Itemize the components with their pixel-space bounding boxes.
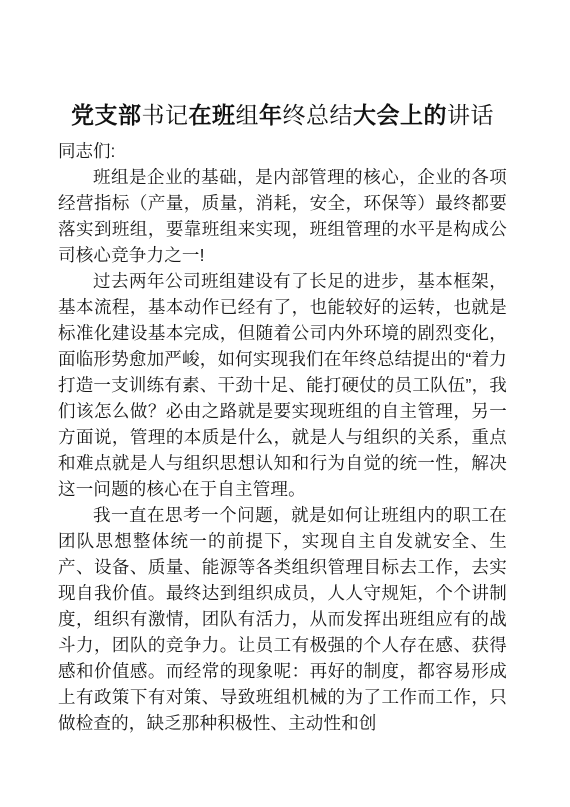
document-body: 班组是企业的基础，是内部管理的核心，企业的各项经营指标（产量，质量，消耗，安全，… [58, 164, 507, 736]
title-segment: 在班 [189, 102, 236, 128]
paragraph: 我一直在思考一个问题，就是如何让班组内的职工在团队思想整体统一的前提下，实现自主… [58, 502, 507, 736]
title-segment: 大会上的 [353, 102, 447, 128]
paragraph: 过去两年公司班组建设有了长足的进步，基本框架，基本流程，基本动作已经有了，也能较… [58, 268, 507, 502]
title-segment: 党支部 [71, 102, 142, 128]
title-segment: 书记 [142, 102, 189, 128]
title-segment: 讲话 [447, 102, 494, 128]
paragraph: 班组是企业的基础，是内部管理的核心，企业的各项经营指标（产量，质量，消耗，安全，… [58, 164, 507, 268]
title-segment: 终总结 [283, 102, 354, 128]
title-segment: 年 [259, 102, 283, 128]
salutation: 同志们: [58, 138, 507, 164]
title-segment: 组 [236, 102, 260, 128]
document-title: 党支部书记在班组年终总结大会上的讲话 [58, 100, 507, 131]
document-page: 党支部书记在班组年终总结大会上的讲话 同志们: 班组是企业的基础，是内部管理的核… [0, 0, 570, 807]
